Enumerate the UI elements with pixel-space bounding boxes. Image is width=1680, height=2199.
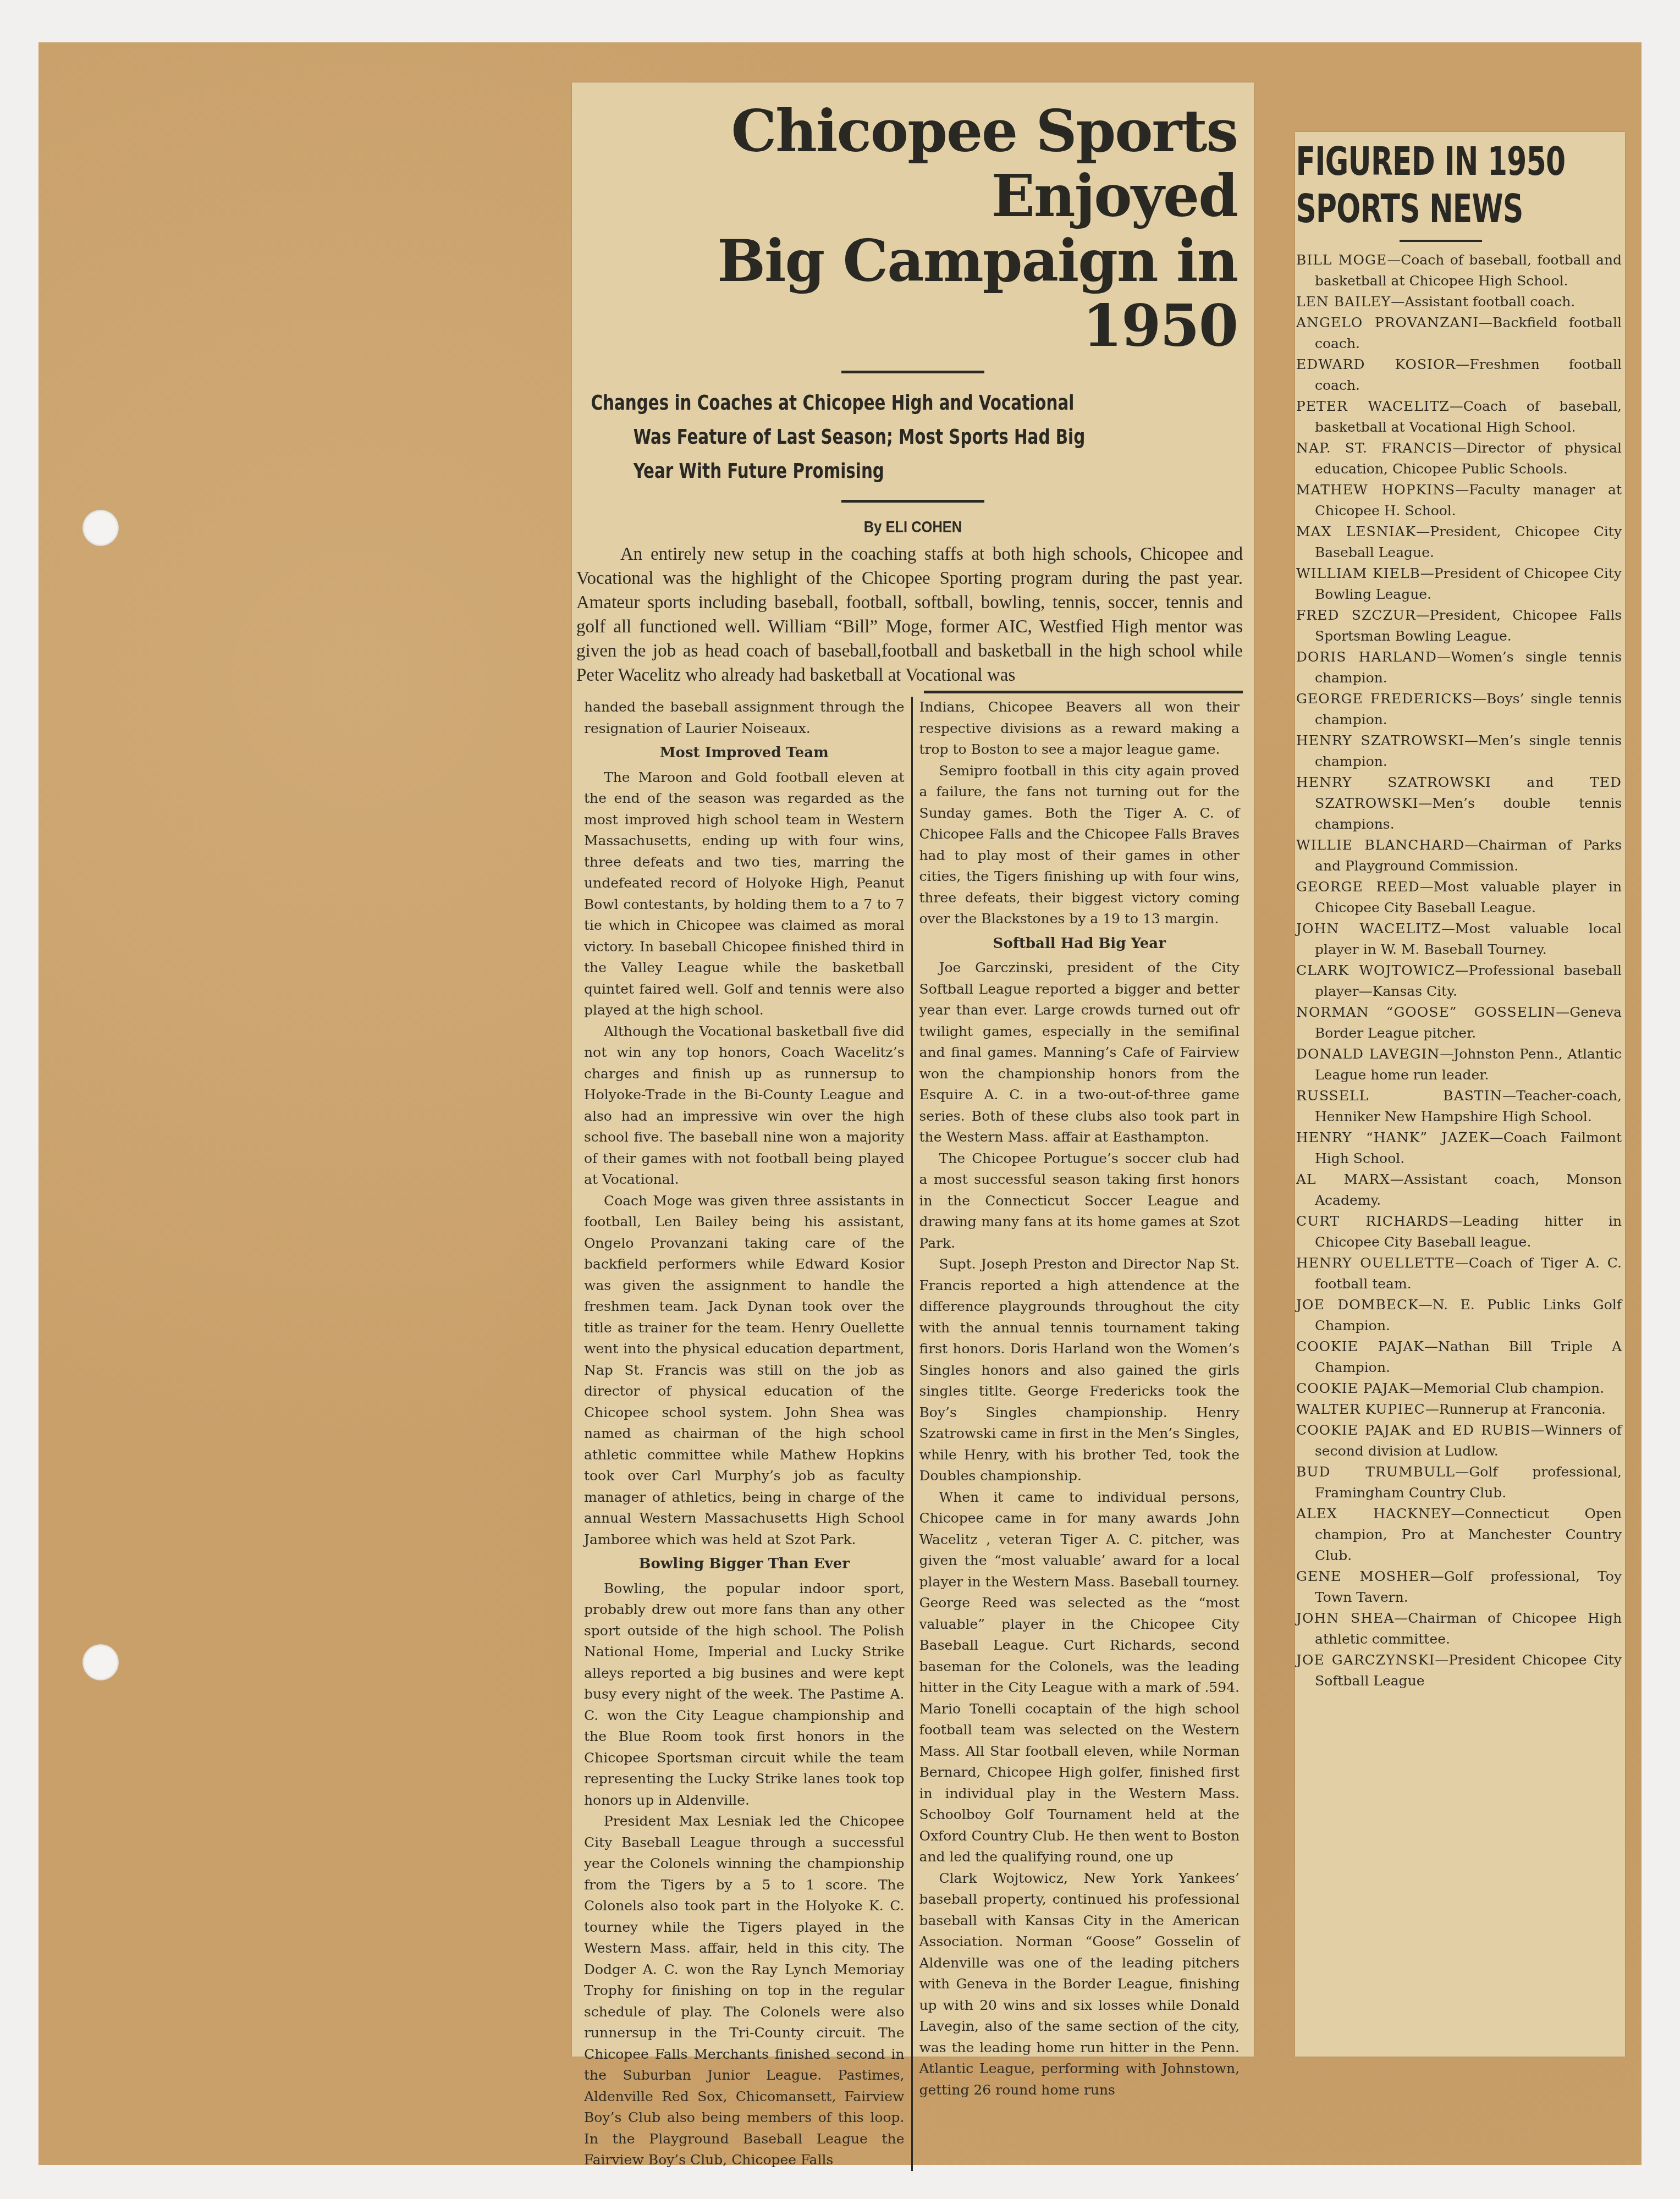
list-item: WILLIAM KIELB—President of Chicopee City… (1295, 563, 1625, 605)
list-item: HENRY SZATROWSKI and TED SZATROWSKI—Men’… (1295, 772, 1625, 835)
list-item: COOKIE PAJAK—Memorial Club champion. (1295, 1378, 1625, 1399)
side-list-clipping: FIGURED IN 1950 SPORTS NEWS BILL MOGE—Co… (1295, 132, 1625, 2057)
binder-hole-top (82, 510, 119, 546)
subheadline-deck: Changes in Coaches at Chicopee High and … (572, 385, 1253, 488)
list-item: PETER WACELITZ—Coach of baseball, basket… (1295, 396, 1625, 438)
list-item: MAX LESNIAK—President, Chicopee City Bas… (1295, 521, 1625, 563)
list-item: BUD TRUMBULL—Golf professional, Framingh… (1295, 1462, 1625, 1503)
list-item: BILL MOGE—Coach of baseball, football an… (1295, 250, 1625, 291)
list-item: HENRY OUELLETTE—Coach of Tiger A. C. foo… (1295, 1253, 1625, 1294)
list-item: GENE MOSHER—Golf professional, Toy Town … (1295, 1566, 1625, 1608)
side-title: FIGURED IN 1950 SPORTS NEWS (1295, 132, 1628, 232)
article-columns: handed the baseball assignment through t… (572, 697, 1254, 2171)
list-item: JOHN SHEA—Chairman of Chicopee High athl… (1295, 1608, 1625, 1650)
list-item: DORIS HARLAND—Women’s single tennis cham… (1295, 647, 1625, 688)
list-item: WILLIE BLANCHARD—Chairman of Parks and P… (1295, 835, 1625, 877)
people-list: BILL MOGE—Coach of baseball, football an… (1295, 250, 1625, 1691)
byline: By ELI COHEN (623, 518, 1203, 537)
list-item: LEN BAILEY—Assistant football coach. (1295, 291, 1625, 312)
list-item: FRED SZCZUR—President, Chicopee Falls Sp… (1295, 605, 1625, 647)
list-item: RUSSELL BASTIN—Teacher-coach, Henniker N… (1295, 1085, 1625, 1127)
list-item: MATHEW HOPKINS—Faculty manager at Chicop… (1295, 480, 1625, 521)
main-article-clipping: Chicopee Sports Enjoyed Big Campaign in … (572, 82, 1254, 2057)
list-item: AL MARX—Assistant coach, Monson Academy. (1295, 1169, 1625, 1211)
list-item: JOE DOMBECK—N. E. Public Links Golf Cham… (1295, 1294, 1625, 1336)
list-item: JOHN WACELITZ—Most valuable local player… (1295, 918, 1625, 960)
list-item: NAP. ST. FRANCIS—Director of physical ed… (1295, 438, 1625, 480)
deck-rule (841, 500, 984, 503)
binder-hole-bottom (82, 1644, 119, 1680)
list-item: COOKIE PAJAK—Nathan Bill Triple A Champi… (1295, 1336, 1625, 1378)
article-column-2: Indians, Chicopee Beavers all won their … (911, 697, 1247, 2171)
list-item: HENRY SZATROWSKI—Men’s single tennis cha… (1295, 730, 1625, 772)
list-item: HENRY “HANK” JAZEK—Coach Failmont High S… (1295, 1127, 1625, 1169)
side-title-rule (1400, 240, 1482, 242)
list-item: COOKIE PAJAK and ED RUBIS—Winners of sec… (1295, 1420, 1625, 1462)
lead-paragraph: An entirely new setup in the coaching st… (572, 542, 1254, 687)
headline: Chicopee Sports Enjoyed Big Campaign in … (572, 82, 1254, 359)
lead-rule (924, 691, 1243, 693)
list-item: GEORGE REED—Most valuable player in Chic… (1295, 877, 1625, 918)
list-item: ALEX HACKNEY—Connecticut Open champion, … (1295, 1503, 1625, 1566)
list-item: JOE GARCZYNSKI—President Chicopee City S… (1295, 1650, 1625, 1691)
list-item: DONALD LAVEGIN—Johnston Penn., Atlantic … (1295, 1044, 1625, 1085)
section-heading: Most Improved Team (584, 742, 905, 764)
list-item: CURT RICHARDS—Leading hitter in Chicopee… (1295, 1211, 1625, 1253)
list-item: GEORGE FREDERICKS—Boys’ single tennis ch… (1295, 688, 1625, 730)
article-column-1: handed the baseball assignment through t… (577, 697, 911, 2171)
list-item: CLARK WOJTOWICZ—Professional baseball pl… (1295, 960, 1625, 1002)
section-heading: Softball Had Big Year (919, 933, 1240, 955)
list-item: NORMAN “GOOSE” GOSSELIN—Geneva Border Le… (1295, 1002, 1625, 1044)
list-item: ANGELO PROVANZANI—Backfield football coa… (1295, 312, 1625, 354)
list-item: WALTER KUPIEC—Runnerup at Franconia. (1295, 1399, 1625, 1420)
section-heading: Bowling Bigger Than Ever (584, 1553, 905, 1575)
list-item: EDWARD KOSIOR—Freshmen football coach. (1295, 354, 1625, 396)
headline-rule (841, 371, 984, 373)
